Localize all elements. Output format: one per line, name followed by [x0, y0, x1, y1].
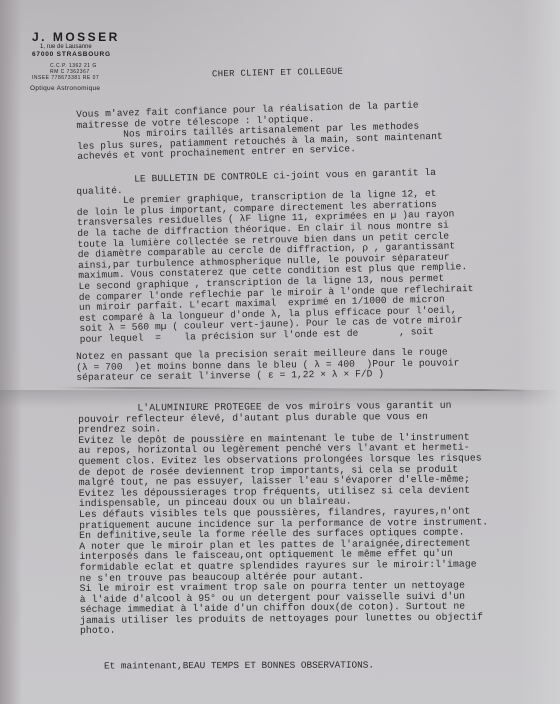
text-line: séparateur ce serait l'inverse ( ε = 1,2… [76, 369, 459, 384]
scanned-letter-page: J. MOSSER 1, rue de Lausanne 67000 STRAS… [0, 0, 560, 704]
paragraph-care: L'ALUMINIURE PROTEGEE de vos miroirs vou… [78, 400, 489, 637]
letterhead: J. MOSSER 1, rue de Lausanne 67000 STRAS… [28, 30, 120, 92]
insee-number: INSEE 778673381 RE 07 [32, 75, 120, 81]
paragraph-bulletin: LE BULLETIN DE CONTROLE ci-joint vous en… [76, 167, 475, 345]
closing-line: Et maintenant,BEAU TEMPS ET BONNES OBSER… [104, 660, 374, 672]
street-address: 1, rue de Lausanne [40, 44, 120, 51]
city-address: 67000 STRASBOURG [32, 51, 120, 59]
salutation: CHER CLIENT ET COLLEGUE [212, 67, 343, 80]
company-tagline: Optique Astronomique [30, 85, 120, 92]
company-name: J. MOSSER [32, 30, 120, 44]
paragraph-intro: Vous m'avez fait confiance pour la réali… [76, 100, 443, 163]
paragraph-note: Notez en passant que la precision serait… [76, 347, 460, 383]
